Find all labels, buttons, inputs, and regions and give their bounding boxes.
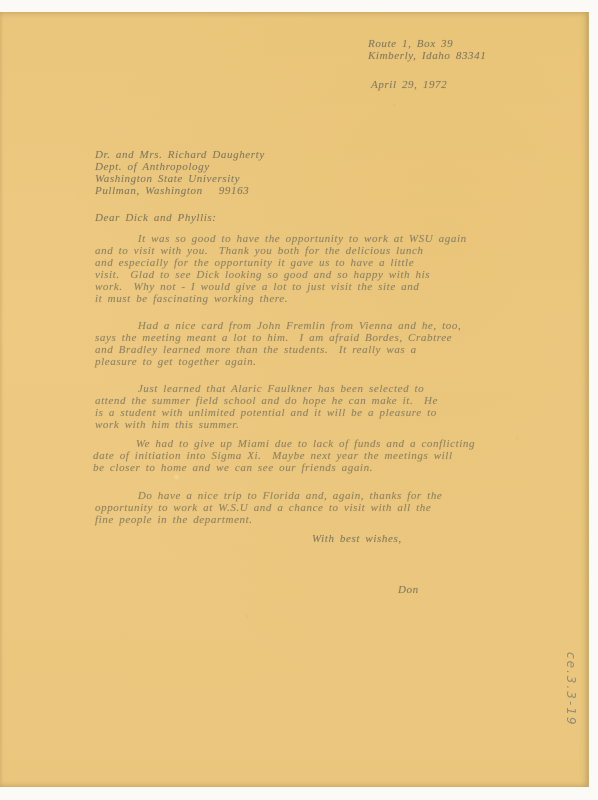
paragraph-4: We had to give up Miami due to lack of f… bbox=[93, 438, 563, 474]
sender-address: Route 1, Box 39 Kimberly, Idaho 83341 bbox=[368, 38, 486, 62]
letter-paper: Route 1, Box 39 Kimberly, Idaho 83341 Ap… bbox=[0, 12, 589, 787]
paragraph-5: Do have a nice trip to Florida and, agai… bbox=[95, 490, 555, 526]
date-line: April 29, 1972 bbox=[371, 79, 447, 91]
paragraph-2: Had a nice card from John Fremlin from V… bbox=[95, 320, 545, 368]
paragraph-1: It was so good to have the opportunity t… bbox=[95, 233, 545, 306]
catalog-number: ce.3.3-19 bbox=[564, 652, 578, 762]
signature: Don bbox=[398, 584, 419, 596]
paragraph-3: Just learned that Alaric Faulkner has be… bbox=[95, 383, 555, 431]
scan-background: Route 1, Box 39 Kimberly, Idaho 83341 Ap… bbox=[0, 0, 598, 800]
salutation: Dear Dick and Phyllis: bbox=[95, 212, 217, 224]
closing-line: With best wishes, bbox=[312, 533, 402, 545]
recipient-address: Dr. and Mrs. Richard Daugherty Dept. of … bbox=[95, 149, 265, 197]
